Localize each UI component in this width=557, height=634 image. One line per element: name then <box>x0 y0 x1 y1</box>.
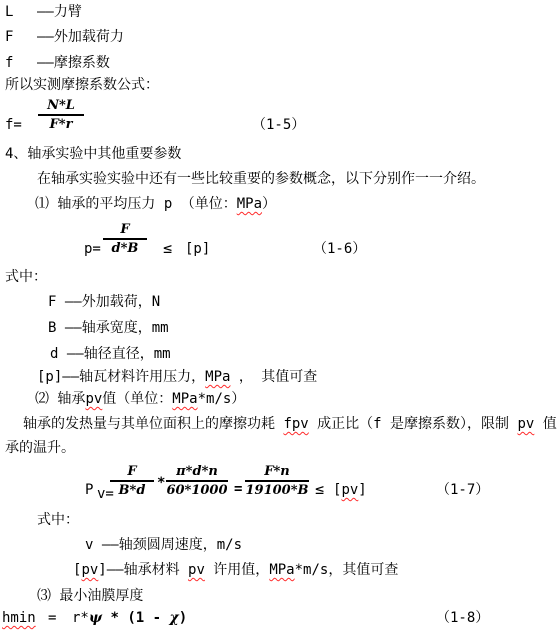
pv-term: pv <box>341 482 358 498</box>
where-row-F: F ——外加载荷，N <box>48 294 160 311</box>
less-equal-sign: ≤ <box>163 240 172 256</box>
chi-symbol: χ <box>170 610 179 626</box>
where-row-pv-allowable: [pv]——轴承材料 pv 许用值，MPa*m/s，其值可查 <box>73 562 398 579</box>
pv-paragraph-line1: 轴承的发热量与其单位面积上的摩擦功耗 fpv 成正比（f 是摩擦系数），限制 p… <box>23 416 557 433</box>
definition-text-f: ——摩擦系数 <box>37 55 110 71</box>
para-mid: 成正比（f 是摩擦系数），限制 <box>309 416 518 432</box>
formula-1-8: hmin = r*ψ * (1 - χ) （1-8） <box>0 610 557 634</box>
para-pv: pv <box>517 416 534 432</box>
fraction-denominator: 60*1000 <box>166 482 228 498</box>
allowable-pressure: [p] <box>185 241 210 257</box>
item-1-unit-mpa: MPa <box>237 196 262 212</box>
symbol-f: f <box>5 55 37 72</box>
equation-label-1-6: （1-6） <box>313 241 366 257</box>
item-2-heading: ⑵ 轴承pv值（单位：MPa*m/s） <box>35 391 245 408</box>
pv-paragraph-line2: 承的温升。 <box>5 440 75 457</box>
paren-close: ) <box>179 610 187 626</box>
fraction-denominator: B*d <box>110 482 154 498</box>
where-row-d: d ——轴径直径，mm <box>50 346 171 363</box>
fraction-denominator: 19100*B <box>245 482 309 498</box>
formula-1-5-lhs: f= <box>5 117 22 133</box>
equation-label-1-8: （1-8） <box>436 610 489 626</box>
equation-label-1-7: （1-7） <box>436 482 489 498</box>
hmin-term: hmin <box>2 610 36 626</box>
item-3-heading: ⑶ 最小油膜厚度 <box>37 588 143 605</box>
equals-sign: = <box>234 481 242 497</box>
fraction-numerator: F*n <box>245 464 309 482</box>
para-text: 轴承的发热量与其单位面积上的摩擦功耗 <box>23 416 283 432</box>
row-text: [p]——轴瓦材料许用压力， <box>37 369 205 385</box>
formula-1-5: f= N*LF*r （1-5） <box>0 98 557 140</box>
lead-sentence: 所以实测摩擦系数公式： <box>5 77 159 94</box>
item-2-mpa: MPa <box>172 391 197 407</box>
item-2-text: ⑵ 轴承 <box>35 391 85 407</box>
paren-open: (1 - <box>127 610 169 626</box>
formula-1-7-P: P <box>85 482 93 498</box>
unit-mpa: MPa <box>269 562 294 578</box>
where-row-B: B ——轴承宽度，mm <box>48 320 169 337</box>
r-star: r* <box>72 610 89 626</box>
item-1-close: ） <box>262 196 276 212</box>
section-heading: 4、轴承实验中其他重要参数 <box>5 146 181 163</box>
pv-term-2: pv <box>188 562 205 578</box>
psi-symbol: ψ <box>89 610 102 626</box>
definition-text-F: ——外加载荷力 <box>37 29 124 45</box>
formula-1-5-fraction: N*LF*r <box>38 98 84 132</box>
pv-term: pv <box>81 562 98 578</box>
fraction-numerator: F <box>110 464 154 482</box>
row-text-tail: ， 其值可查 <box>230 369 317 385</box>
equals-sign: = <box>48 610 56 626</box>
where-row-v: v ——轴颈圆周速度，m/s <box>85 537 242 554</box>
formula-1-7-fraction-3: F*n19100*B <box>245 464 309 498</box>
multiply-sign: * <box>102 610 127 626</box>
formula-1-7-fraction-1: FB*d <box>110 464 154 498</box>
row-mid: 许用值， <box>205 562 269 578</box>
definition-text-L: ——力臂 <box>37 4 82 20</box>
where-row-p-allowable: [p]——轴瓦材料许用压力，MPa ， 其值可查 <box>37 369 317 386</box>
item-2-tail: *m/s） <box>198 391 246 407</box>
fraction-denominator: F*r <box>38 116 84 132</box>
definition-line-L: L——力臂 <box>5 4 82 21</box>
row-text: ]——轴承材料 <box>98 562 188 578</box>
section-intro-paragraph: 在轴承实验实验中还有一些比较重要的参数概念，以下分别作一一介绍。 <box>37 171 485 188</box>
bracket-close: ] <box>358 482 366 498</box>
less-equal-sign: ≤ <box>315 481 324 497</box>
para-tail: 值就是限制轴 <box>534 416 557 432</box>
multiply-sign: * <box>157 475 165 491</box>
hmin-lhs: hmin <box>2 610 36 626</box>
formula-1-6-lhs: p= <box>84 241 101 257</box>
item-1-text: ⑴ 轴承的平均压力 p （单位： <box>35 196 237 212</box>
row-tail: *m/s，其值可查 <box>295 562 399 578</box>
fraction-numerator: F <box>103 222 147 240</box>
formula-1-6: p= Fd*B ≤ [p] （1-6） <box>0 222 557 266</box>
equation-label-1-5: （1-5） <box>252 117 305 133</box>
unit-mpa: MPa <box>205 369 230 385</box>
allowable-pv: [pv] <box>333 482 367 498</box>
formula-1-6-fraction: Fd*B <box>103 222 147 256</box>
formula-1-7-fraction-2: π*d*n60*1000 <box>166 464 228 498</box>
formula-1-8-body: r*ψ * (1 - χ) <box>72 610 187 626</box>
fraction-numerator: π*d*n <box>166 464 228 482</box>
item-2-mid: 值（单位： <box>102 391 172 407</box>
symbol-L: L <box>5 4 37 21</box>
where-label-1: 式中： <box>5 269 47 286</box>
item-1-heading: ⑴ 轴承的平均压力 p （单位：MPa） <box>35 196 276 213</box>
where-label-2: 式中： <box>37 512 79 529</box>
formula-1-7: P v= FB*d * π*d*n60*1000 = F*n19100*B ≤ … <box>0 462 557 508</box>
symbol-F: F <box>5 29 37 46</box>
document-page: L——力臂 F——外加载荷力 f——摩擦系数 所以实测摩擦系数公式： f= N*… <box>0 0 557 634</box>
para-fpv: fpv <box>283 416 308 432</box>
fraction-numerator: N*L <box>38 98 84 116</box>
definition-line-f: f——摩擦系数 <box>5 55 110 72</box>
definition-line-F: F——外加载荷力 <box>5 29 124 46</box>
fraction-denominator: d*B <box>103 240 147 256</box>
item-2-pv: pv <box>85 391 102 407</box>
